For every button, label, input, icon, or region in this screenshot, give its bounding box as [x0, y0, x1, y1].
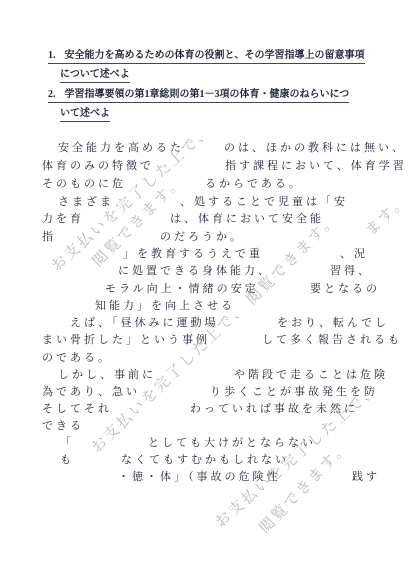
- body-text-fragment: 践す: [352, 468, 380, 484]
- body-text-fragment: そしてそれ: [42, 400, 112, 416]
- body-text-fragment: に処置できる身体能力、: [118, 262, 272, 278]
- question-number: 2.: [48, 89, 56, 100]
- body-text-fragment: 要となるの: [310, 280, 380, 296]
- body-text-fragment: 、況: [340, 245, 368, 261]
- body-text-fragment: るからである。: [205, 175, 303, 191]
- body-text-fragment: しかし、事前に: [58, 366, 156, 382]
- question-2-line-1: 2.学習指導要領の第1章総則の第1－3項の体育・健康のねらいにつ: [48, 85, 349, 103]
- question-1-continuation: について述べよ: [60, 65, 130, 83]
- body-text-fragment: して多く報告されるも: [262, 331, 402, 347]
- document-page: 1.安全能力を高めるための体育の役割と、その学習指導上の留意事項 について述べよ…: [0, 0, 410, 580]
- body-text-fragment: モラル向上・情緒の安定: [105, 280, 259, 296]
- question-1-line-1: 1.安全能力を高めるための体育の役割と、その学習指導上の留意事項: [48, 46, 365, 64]
- body-text-fragment: 安全能力を高めるた: [58, 139, 184, 155]
- body-text-fragment: をおり、転んでし: [277, 314, 389, 330]
- body-text-fragment: まい骨折した」という事例: [42, 331, 210, 347]
- question-text: 安全能力を高めるための体育の役割と、その学習指導上の留意事項: [65, 50, 365, 61]
- body-text-fragment: のだろうか。: [160, 228, 244, 244]
- body-text-fragment: わっていれば事故を未然に: [190, 400, 358, 416]
- body-text-fragment: は、体育において安全能: [170, 210, 324, 226]
- body-text-fragment: 習得、: [330, 262, 372, 278]
- question-2-line-2: いて述べよ: [60, 104, 110, 122]
- body-text-fragment: や階段で走ることは危険: [234, 366, 388, 382]
- body-text-fragment: 為であり、急い: [42, 383, 140, 399]
- body-text-fragment: 知能力」を向上させる: [95, 297, 235, 313]
- body-text-fragment: のである。: [42, 349, 112, 365]
- body-text-fragment: り歩くことが事故発生を防: [210, 383, 378, 399]
- payment-watermark-text: ます。: [360, 189, 410, 240]
- question-text: 学習指導要領の第1章総則の第1－3項の体育・健康のねらいにつ: [65, 89, 350, 100]
- body-text-fragment: 指す課程において、体育学習: [225, 157, 407, 173]
- body-text-fragment: そのものに危: [42, 175, 126, 191]
- body-text-fragment: 、処することで児童は「安: [180, 193, 348, 209]
- body-text-fragment: 体育のみの特徴で: [42, 157, 154, 173]
- body-text-fragment: できる: [42, 417, 84, 433]
- body-text-fragment: 指: [42, 228, 56, 244]
- question-2-underlined-text: 2.学習指導要領の第1章総則の第1－3項の体育・健康のねらいにつ: [48, 85, 349, 103]
- body-text-fragment: 」を教育するうえで重: [123, 245, 263, 261]
- body-text-fragment: としても大けがとならない: [148, 434, 316, 450]
- body-text-fragment: さまざま: [58, 193, 114, 209]
- question-2-continuation: いて述べよ: [60, 104, 110, 122]
- question-1-line-2: について述べよ: [60, 65, 130, 83]
- body-text-fragment: のは、ほかの教科には無い、: [224, 139, 406, 155]
- body-text-fragment: なくてもすむかもしれない: [121, 451, 289, 467]
- body-text-fragment: ・徳・体」（事故の危険性: [118, 468, 281, 484]
- body-text-fragment: も: [60, 451, 74, 467]
- question-number: 1.: [48, 50, 56, 61]
- body-text-fragment: 「: [60, 434, 74, 450]
- question-1-underlined-text: 1.安全能力を高めるための体育の役割と、その学習指導上の留意事項: [48, 46, 365, 64]
- body-text-fragment: 力を育: [42, 210, 84, 226]
- body-text-fragment: えば、「昼休みに運動場: [70, 314, 219, 330]
